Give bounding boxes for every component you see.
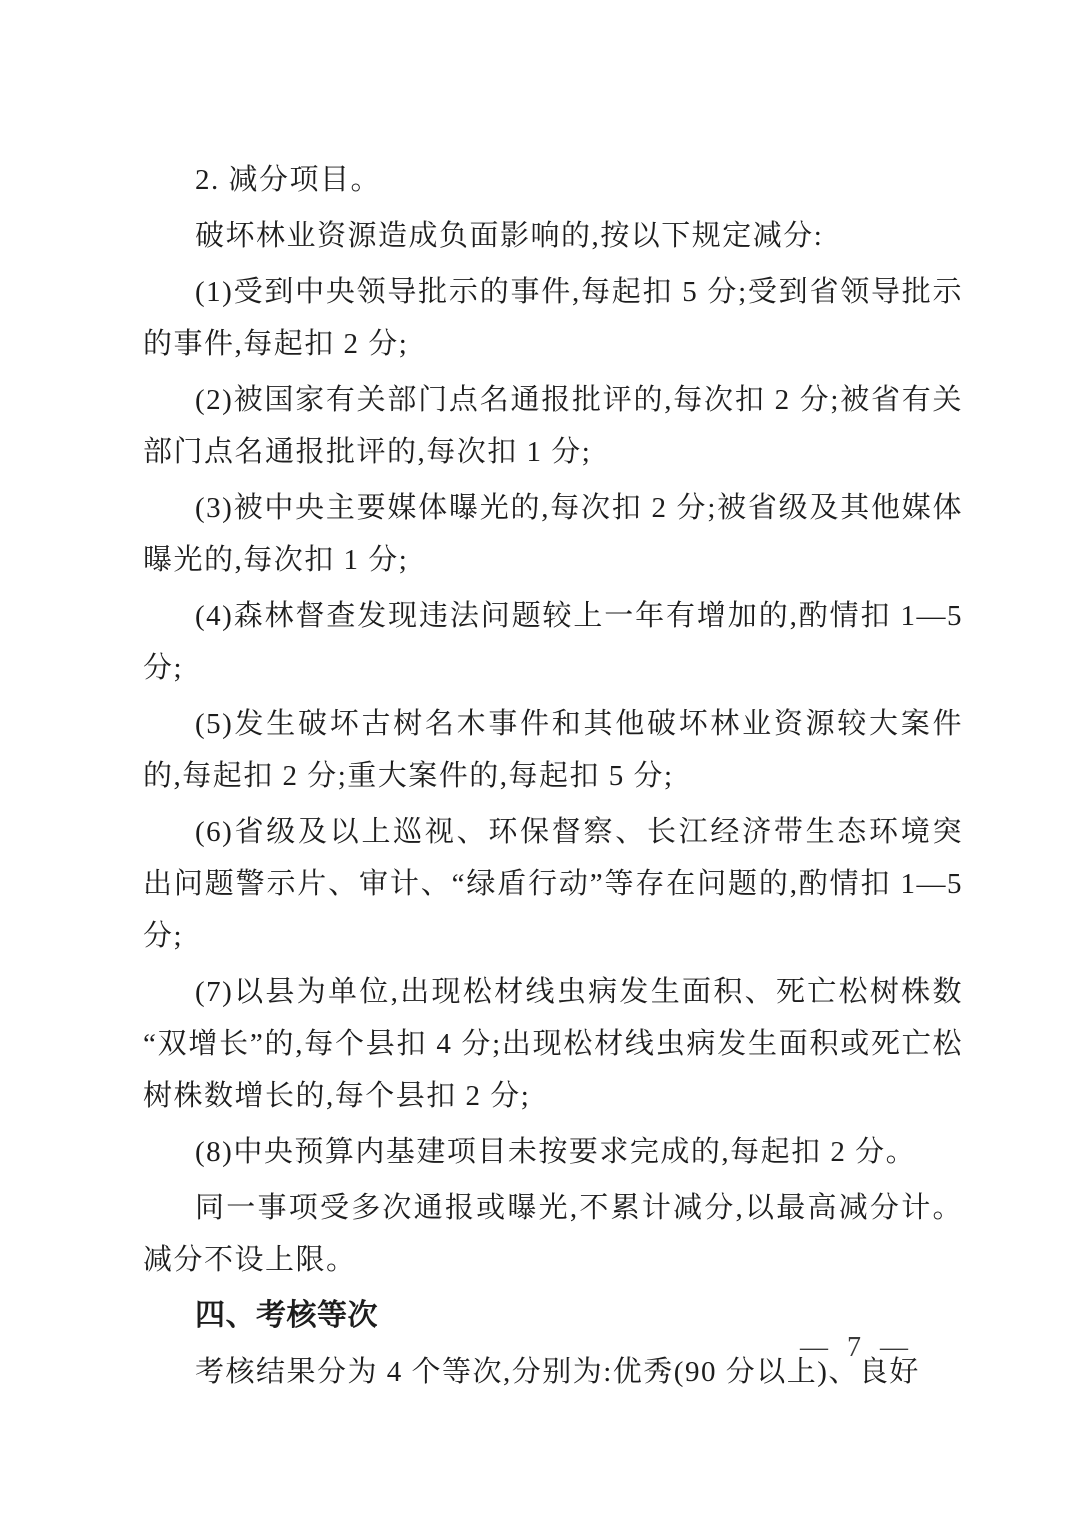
deduction-item-3: (3)被中央主要媒体曝光的,每次扣 2 分;被省级及其他媒体曝光的,每次扣 1 …	[143, 482, 963, 586]
document-page: 2. 减分项目。 破坏林业资源造成负面影响的,按以下规定减分: (1)受到中央领…	[143, 154, 963, 1402]
deduction-item-1: (1)受到中央领导批示的事件,每起扣 5 分;受到省领导批示的事件,每起扣 2 …	[143, 266, 963, 370]
deduction-item-6: (6)省级及以上巡视、环保督察、长江经济带生态环境突出问题警示片、审计、“绿盾行…	[143, 806, 963, 962]
deduction-item-8: (8)中央预算内基建项目未按要求完成的,每起扣 2 分。	[143, 1126, 963, 1178]
deduction-item-4: (4)森林督查发现违法问题较上一年有增加的,酌情扣 1—5 分;	[143, 590, 963, 694]
deduction-item-2: (2)被国家有关部门点名通报批评的,每次扣 2 分;被省有关部门点名通报批评的,…	[143, 374, 963, 478]
page-number: — 7 —	[800, 1332, 914, 1364]
deduction-item-7: (7)以县为单位,出现松材线虫病发生面积、死亡松树株数“双增长”的,每个县扣 4…	[143, 966, 963, 1122]
deduction-item-5: (5)发生破坏古树名木事件和其他破坏林业资源较大案件的,每起扣 2 分;重大案件…	[143, 698, 963, 802]
deduction-intro: 破坏林业资源造成负面影响的,按以下规定减分:	[143, 210, 963, 262]
section-title-deduction-items: 2. 减分项目。	[143, 154, 963, 206]
deduction-note: 同一事项受多次通报或曝光,不累计减分,以最高减分计。减分不设上限。	[143, 1182, 963, 1286]
